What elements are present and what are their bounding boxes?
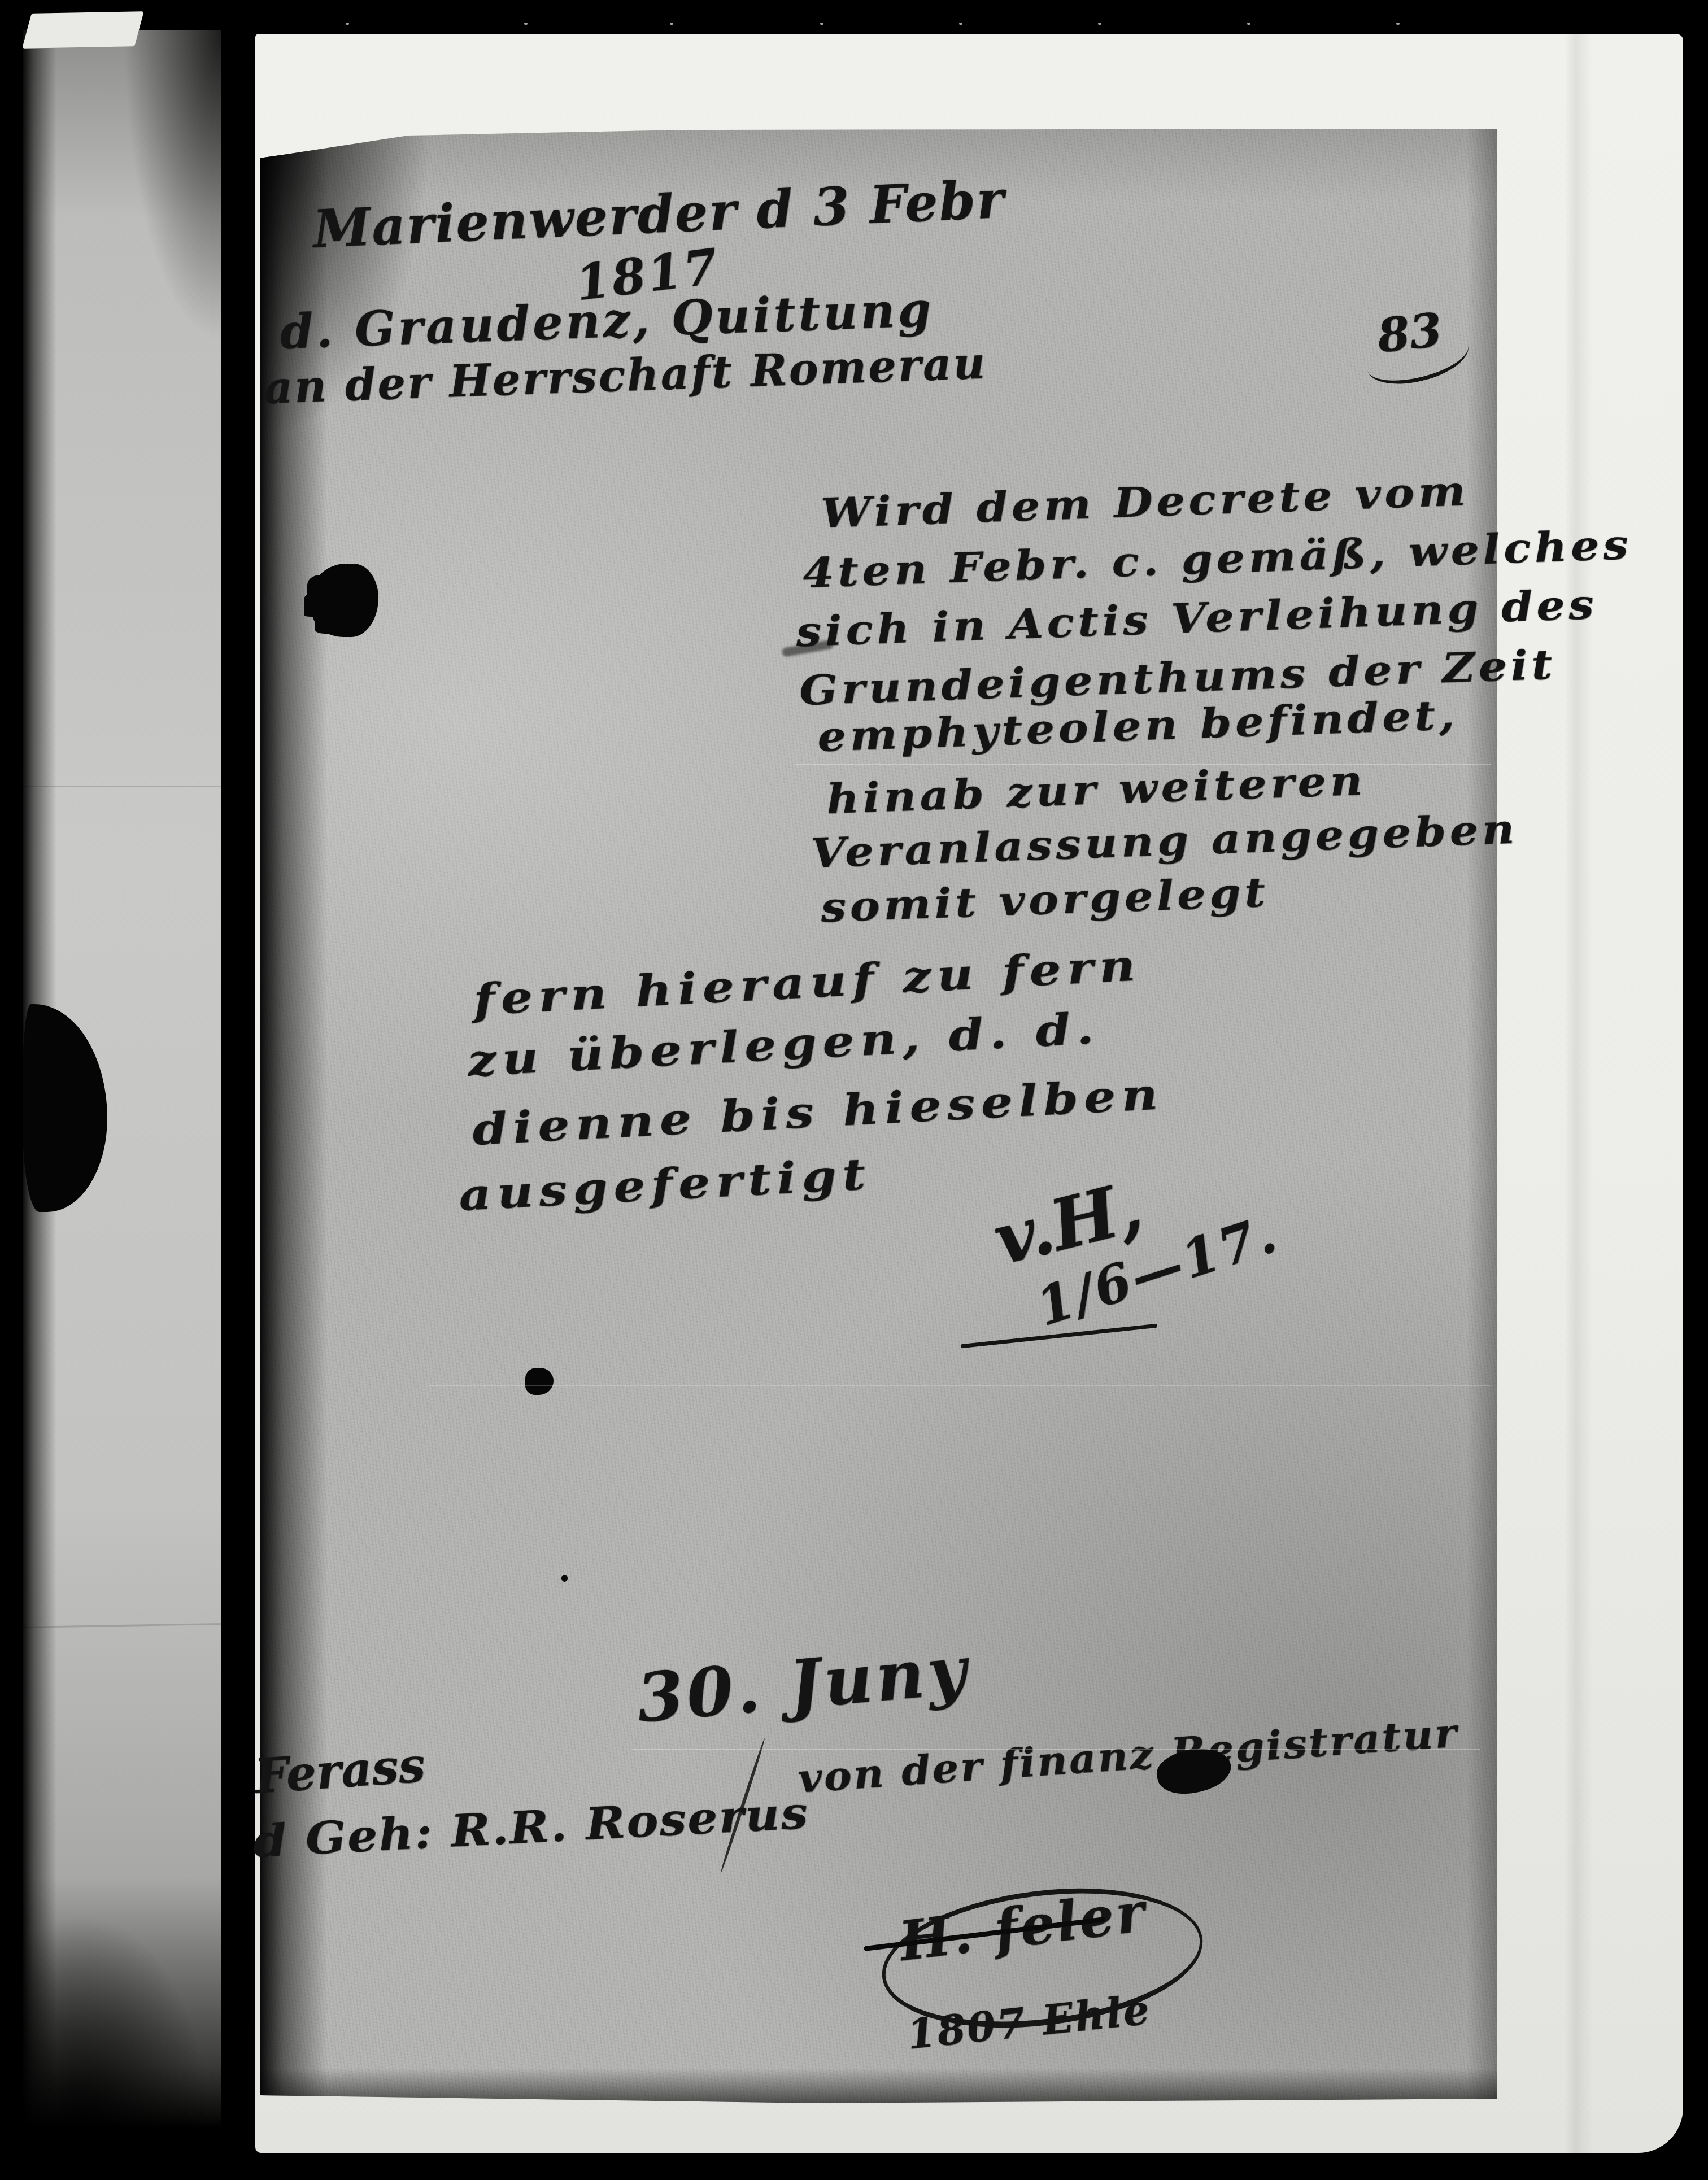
ink-speck bbox=[561, 1575, 568, 1582]
paper-crease bbox=[23, 786, 221, 787]
white-speck bbox=[1098, 23, 1101, 25]
scratch-line bbox=[633, 1749, 1480, 1750]
scratch-line bbox=[796, 764, 1491, 765]
white-speck bbox=[1247, 23, 1250, 25]
scratch-line bbox=[429, 1385, 1491, 1386]
left-note-line-1: Ferass bbox=[253, 1737, 427, 1804]
paper-crease bbox=[23, 1623, 221, 1628]
white-speck bbox=[820, 23, 823, 25]
page-right-shadow bbox=[1466, 129, 1497, 2104]
binding-tab bbox=[22, 11, 144, 48]
page-left-shadow bbox=[260, 129, 328, 2104]
white-speck bbox=[346, 23, 349, 25]
scanned-document-canvas: Marienwerder d 3 Febr 1817 d. Graudenz, … bbox=[0, 0, 1708, 2180]
white-speck bbox=[1396, 23, 1400, 25]
page-edge-ink-blob bbox=[312, 564, 378, 637]
white-speck bbox=[524, 23, 528, 25]
white-speck bbox=[959, 23, 962, 25]
white-speck bbox=[670, 23, 673, 25]
